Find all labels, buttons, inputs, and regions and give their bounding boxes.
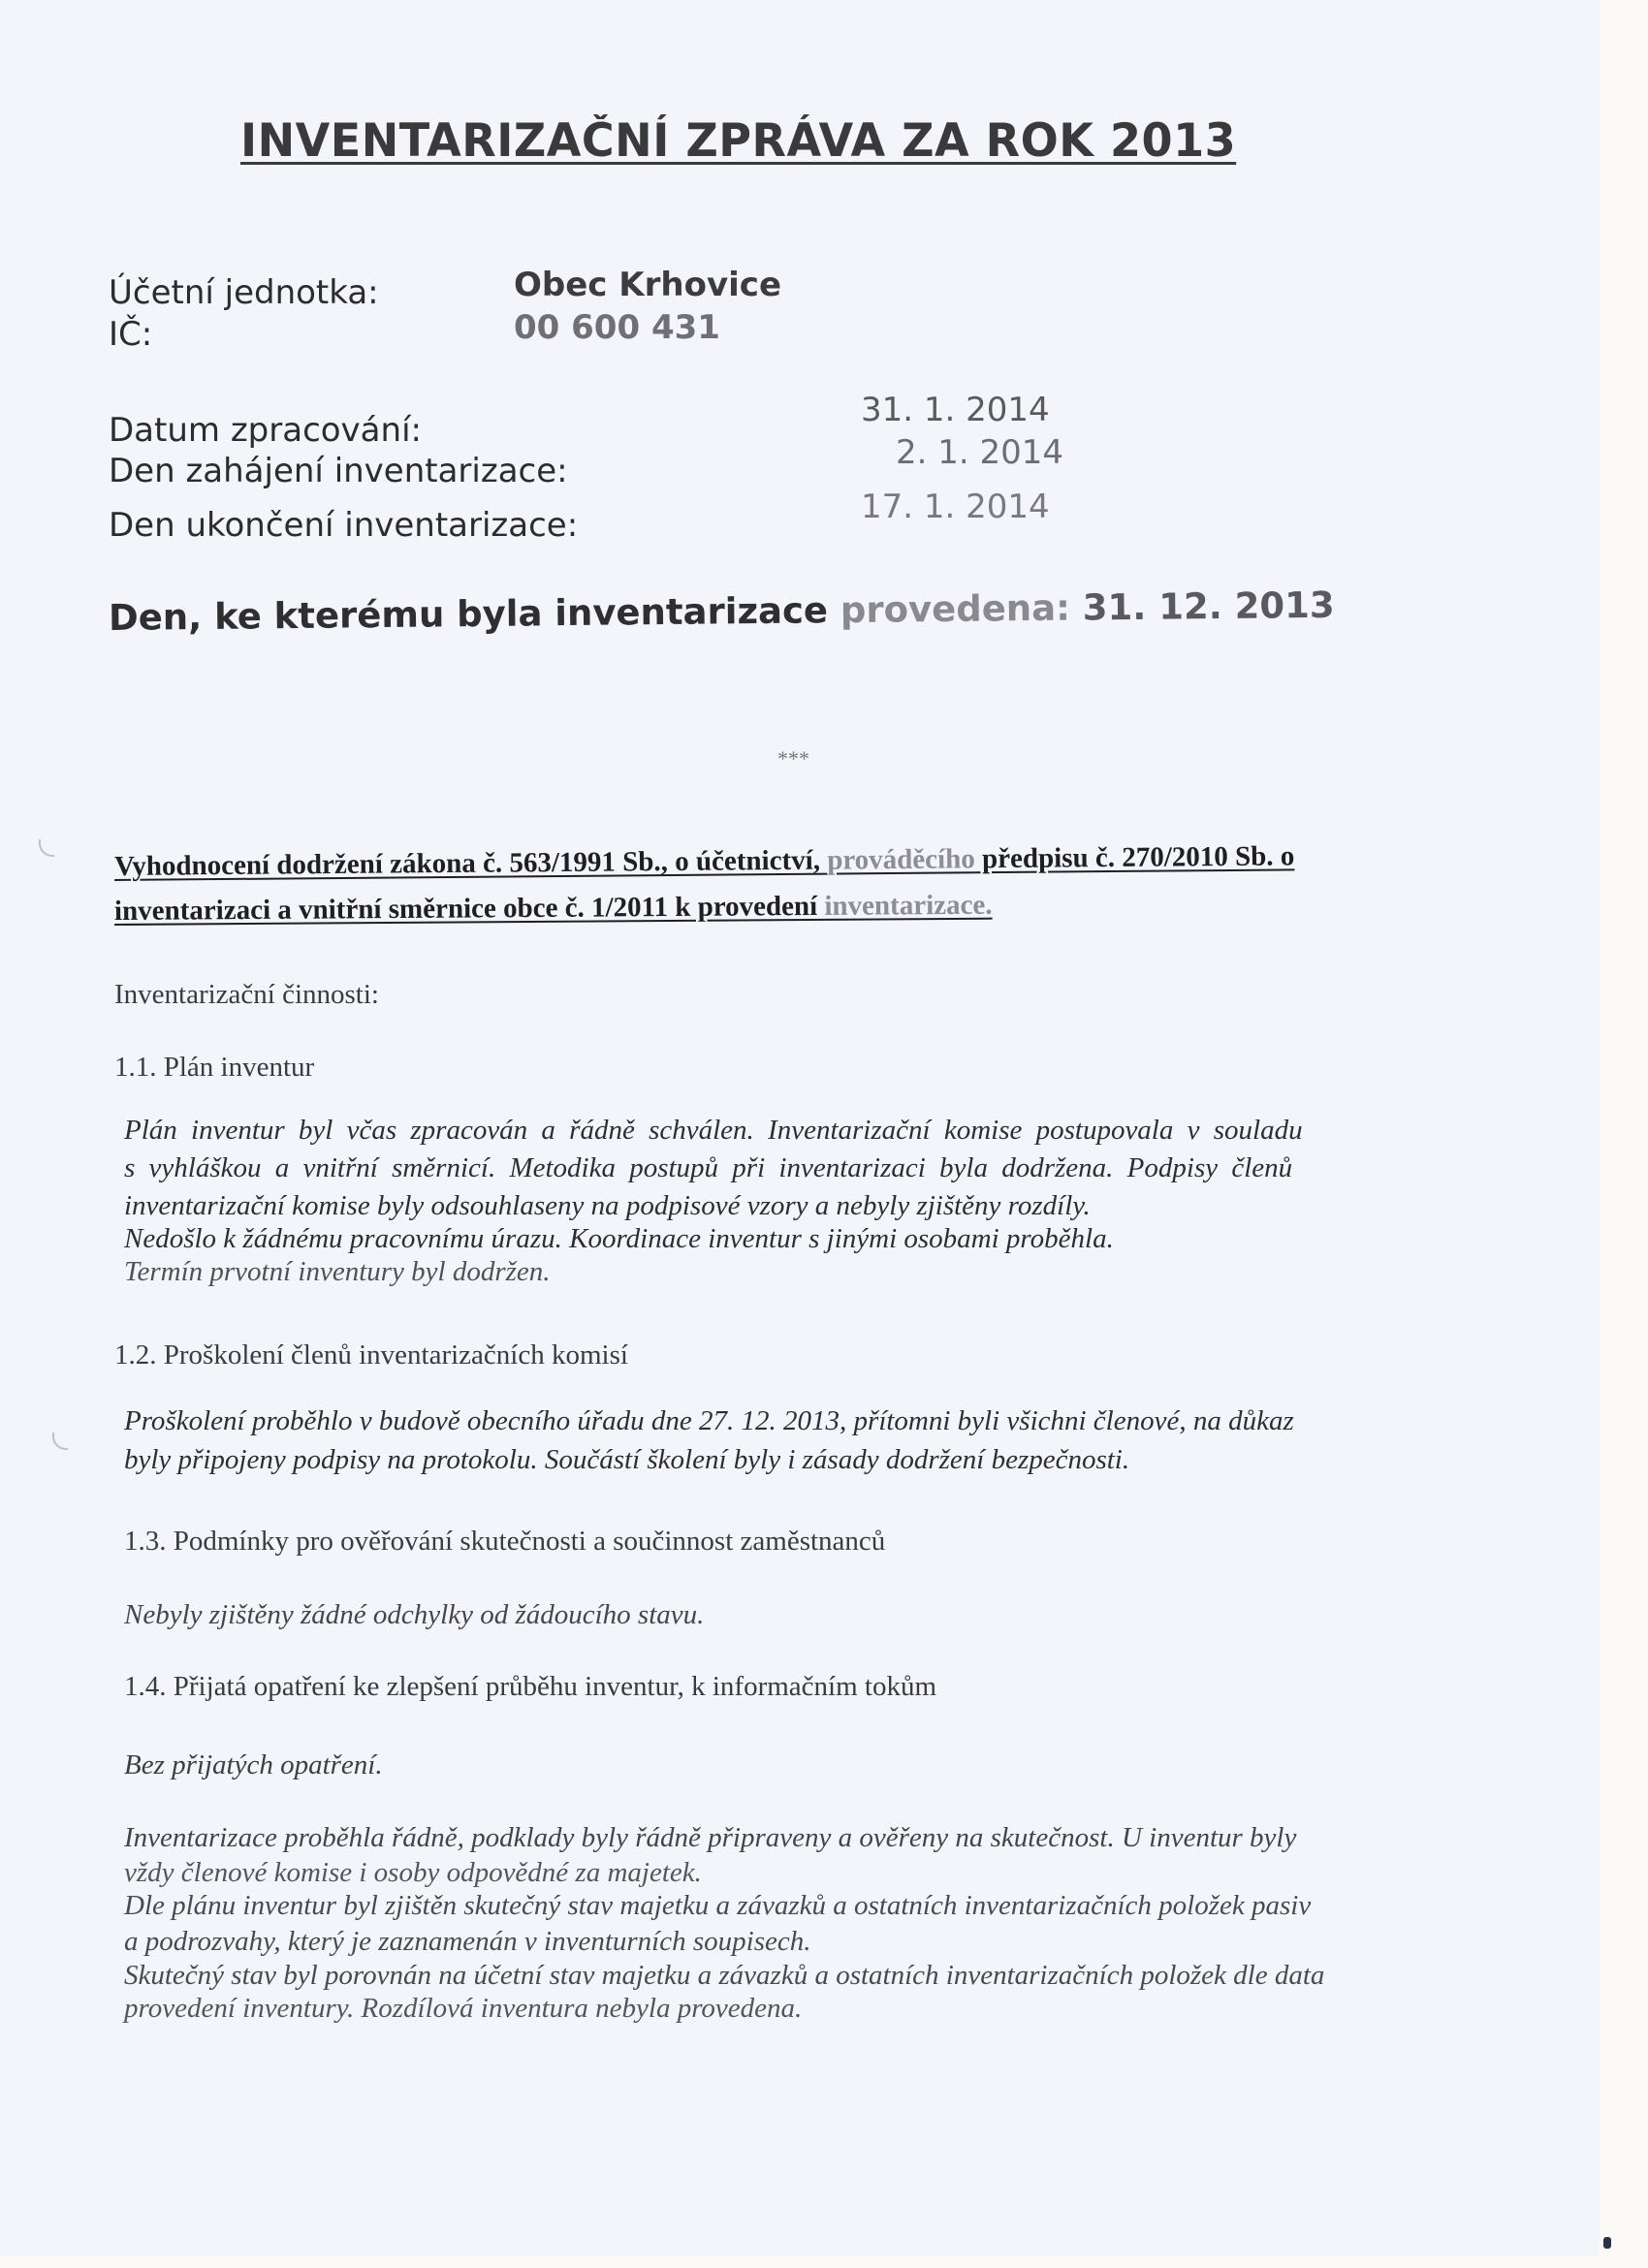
processing-date-value: 31. 1. 2014 <box>861 391 1050 429</box>
closing-line: Inventarizace proběhla řádně, podklady b… <box>124 1822 1296 1854</box>
scan-mark <box>52 1433 68 1450</box>
section-1-1-line: inventarizační komise byly odsouhlaseny … <box>124 1190 1091 1222</box>
scanned-page: INVENTARIZAČNÍ ZPRÁVA ZA ROK 2013 Účetní… <box>0 0 1600 2255</box>
ic-value: 00 600 431 <box>514 308 720 347</box>
start-date-value: 2. 1. 2014 <box>896 433 1063 472</box>
separator-stars: *** <box>777 746 809 772</box>
section-1-2-heading: 1.2. Proškolení členů inventarizačních k… <box>114 1339 628 1371</box>
end-date-value: 17. 1. 2014 <box>861 488 1050 526</box>
reference-day-provedena: provedena: <box>840 587 1070 631</box>
end-date-label: Den ukončení inventarizace: <box>109 506 578 545</box>
scan-mark <box>39 839 54 857</box>
start-date-label: Den zahájení inventarizace: <box>109 452 568 490</box>
closing-line: a podrozvahy, který je zaznamenán v inve… <box>124 1926 810 1958</box>
reference-day-line: Den, ke kterému byla inventarizace prove… <box>109 584 1335 639</box>
section-1-2-line: Proškolení proběhlo v budově obecního úř… <box>124 1405 1294 1437</box>
scan-speck <box>1603 2237 1611 2249</box>
section-1-1-heading: 1.1. Plán inventur <box>114 1052 314 1084</box>
closing-line: provedení inventury. Rozdílová inventura… <box>124 1993 802 2025</box>
section-1-1-line: s vyhláškou a vnitřní směrnicí. Metodika… <box>124 1152 1292 1184</box>
entity-value: Obec Krhovice <box>514 266 781 304</box>
reference-day-date: 31. 12. 2013 <box>1070 584 1335 629</box>
closing-line: vždy členové komise i osoby odpovědné za… <box>124 1857 702 1889</box>
evaluation-heading-line1: Vyhodnocení dodržení zákona č. 563/1991 … <box>114 840 1295 883</box>
closing-line: Skutečný stav byl porovnán na účetní sta… <box>124 1960 1324 1992</box>
evaluation-heading-line2: inventarizaci a vnitřní směrnice obce č.… <box>114 890 993 928</box>
section-1-1-line: Termín prvotní inventury byl dodržen. <box>124 1256 551 1288</box>
section-1-1-line: Nedošlo k žádnému pracovnímu úrazu. Koor… <box>124 1223 1114 1255</box>
closing-line: Dle plánu inventur byl zjištěn skutečný … <box>124 1890 1311 1922</box>
ic-label: IČ: <box>109 315 152 354</box>
entity-label: Účetní jednotka: <box>109 273 379 312</box>
section-1-1-line: Plán inventur byl včas zpracován a řádně… <box>124 1115 1303 1147</box>
section-1-4-heading: 1.4. Přijatá opatření ke zlepšení průběh… <box>124 1671 936 1703</box>
reference-day-text: Den, ke kterému byla inventarizace <box>109 589 840 639</box>
section-1-4-line: Bez přijatých opatření. <box>124 1749 383 1781</box>
processing-date-label: Datum zpracování: <box>109 411 422 450</box>
section-1-2-line: byly připojeny podpisy na protokolu. Sou… <box>124 1444 1129 1476</box>
section-1-3-line: Nebyly zjištěny žádné odchylky od žádouc… <box>124 1599 704 1631</box>
document-title: INVENTARIZAČNÍ ZPRÁVA ZA ROK 2013 <box>240 114 1236 168</box>
activities-label: Inventarizační činnosti: <box>114 979 379 1011</box>
section-1-3-heading: 1.3. Podmínky pro ověřování skutečnosti … <box>124 1526 885 1558</box>
